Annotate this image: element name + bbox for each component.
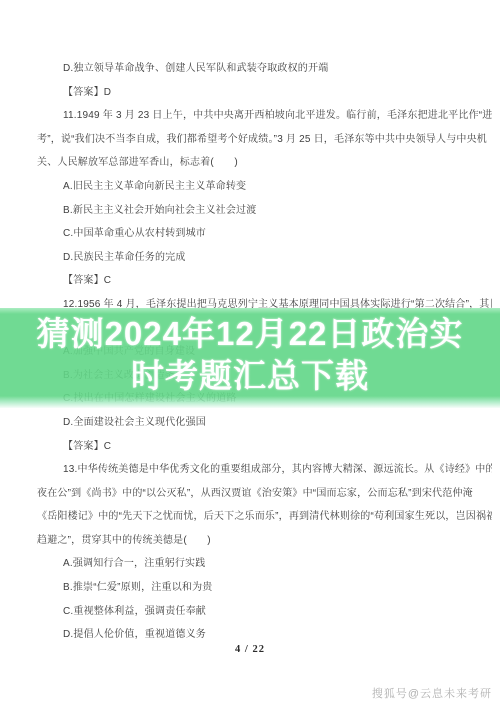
promo-banner: 猜测2024年12月22日政治实 时考题汇总下载 [0,308,500,408]
document-line: D.全面建设社会主义现代化强国 [37,411,492,435]
banner-title-line1: 猜测2024年12月22日政治实 [0,313,500,355]
document-line: 【答案】D [37,81,492,105]
document-line: A.强调知行合一，注重躬行实践 [37,552,492,576]
banner-title-line2: 时考题汇总下载 [0,355,500,397]
document-line: 《岳阳楼记》中的“先天下之忧而忧，后天下之乐而乐”，再到清代林则徐的“苟利国家生… [37,505,492,529]
document-line: 11.1949 年 3 月 23 日上午，中共中央离开西柏坡向北平进发。临行前，… [37,104,492,128]
document-line: 考”，说“我们决不当李自成，我们都希望考个好成绩。”3 月 25 日，毛泽东等中… [37,128,492,152]
document-line: 【答案】C [37,435,492,459]
document-line: 【答案】C [37,269,492,293]
document-viewer: { "page": { "background": "#ffffff", "te… [0,0,500,707]
document-line: D.民族民主革命任务的完成 [37,246,492,270]
banner-title: 猜测2024年12月22日政治实 时考题汇总下载 [0,308,500,397]
document-line: B.新民主主义社会开始向社会主义社会过渡 [37,199,492,223]
document-line: 趋避之”，贯穿其中的传统美德是( ) [37,529,492,553]
document-line: C.中国革命重心从农村转到城市 [37,222,492,246]
document-line: C.重视整体利益，强调责任奉献 [37,600,492,624]
watermark: 搜狐号@云息未来考研 [372,685,492,701]
page-indicator: 4 / 22 [0,644,500,655]
document-line: 夜在公”到《尚书》中的“以公灭私”，从西汉贾谊《治安策》中“国而忘家，公而忘私”… [37,482,492,506]
document-line: D.独立领导革命战争、创建人民军队和武装夺取政权的开端 [37,57,492,81]
document-line: A.旧民主主义革命向新民主主义革命转变 [37,175,492,199]
document-line: B.推崇“仁爱”原则，注重以和为贵 [37,576,492,600]
document-line: 13.中华传统美德是中华优秀文化的重要组成部分，其内容博大精深、源远流长。从《诗… [37,458,492,482]
document-line: 关、人民解放军总部进军香山，标志着( ) [37,151,492,175]
